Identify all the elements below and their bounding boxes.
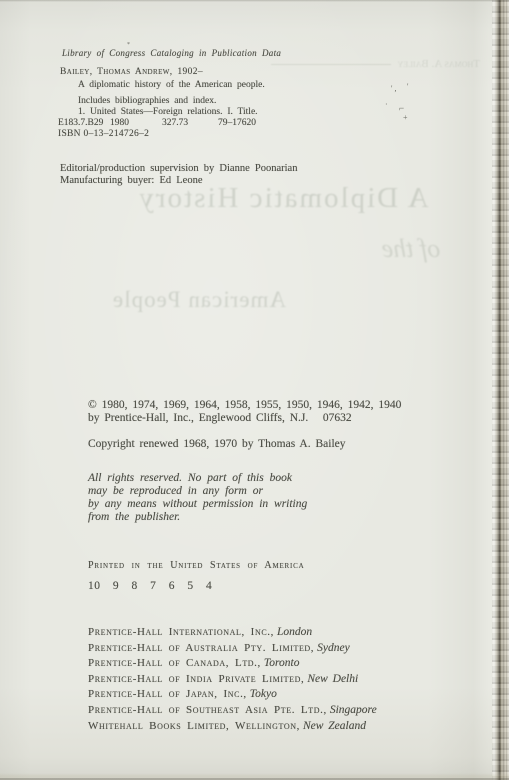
copyright-years-line: © 1980, 1974, 1969, 1964, 1958, 1955, 19… (88, 399, 401, 411)
scanned-book-page: Thomas A. Bailey A Diplomatic History of… (0, 0, 509, 780)
publisher-line: Prentice-Hall of Southeast Asia Pte. Ltd… (88, 704, 377, 716)
rights-notice: All rights reserved. No part of this boo… (88, 472, 307, 524)
ink-speck: * (127, 42, 130, 48)
publisher-line: Prentice-Hall of Japan, Inc.,Tokyo (88, 688, 277, 700)
ink-speck: ˚ (127, 100, 129, 106)
page-edge-bottom (0, 773, 509, 780)
publisher-line: Prentice-Hall of Australia Pty. Limited,… (88, 642, 350, 654)
manufacturing-credit-line: Manufacturing buyer: Ed Leone (60, 175, 203, 186)
showthrough-title-line1: A Diplomatic History (102, 182, 464, 215)
copyright-publisher-line: by Prentice-Hall, Inc., Englewood Cliffs… (88, 412, 352, 424)
rights-line: from the publisher. (88, 511, 307, 524)
publisher-city: London (277, 626, 312, 638)
showthrough-author-text: Thomas A. Bailey (397, 58, 480, 70)
loc-lccn: 79–17620 (218, 118, 256, 128)
loc-cataloging-heading: Library of Congress Cataloging in Public… (62, 48, 281, 58)
loc-note-subjects: 1. United States—Foreign relations. I. T… (78, 107, 258, 117)
publisher-city: Sydney (317, 642, 350, 654)
publisher-city: New Zealand (303, 720, 366, 732)
loc-catalog-numbers: E183.7.B29 1980 327.73 79–17620 (58, 118, 278, 128)
publisher-line: Whitehall Books Limited, Wellington,New … (88, 720, 366, 732)
publisher-city: New Delhi (307, 673, 358, 685)
publisher-city: Singapore (330, 704, 377, 716)
publisher-company: Prentice-Hall of Australia Pty. Limited, (88, 642, 314, 654)
printed-in-usa-line: Printed in the United States of America (88, 560, 304, 571)
publisher-line: Prentice-Hall International, Inc.,London (88, 626, 312, 638)
editorial-credit-line: Editorial/production supervision by Dian… (60, 163, 297, 174)
rights-line: All rights reserved. No part of this boo… (88, 472, 307, 485)
showthrough-title-line2: of the (372, 234, 450, 264)
ink-speck: ' (407, 82, 408, 91)
loc-call-number: E183.7.B29 (58, 118, 103, 128)
ink-speck: · (385, 100, 388, 109)
copyright-renewal-line: Copyright renewed 1968, 1970 by Thomas A… (88, 438, 346, 450)
showthrough-rule (271, 64, 391, 66)
publisher-line: Prentice-Hall of India Private Limited,N… (88, 673, 358, 685)
publisher-city: Tokyo (250, 688, 277, 700)
publisher-line: Prentice-Hall of Canada, Ltd.,Toronto (88, 657, 299, 669)
ink-speck: + (403, 113, 408, 122)
publisher-company: Prentice-Hall of India Private Limited, (88, 673, 304, 685)
loc-year: 1980 (110, 118, 129, 128)
publisher-company: Prentice-Hall International, Inc., (88, 626, 274, 638)
showthrough-title-line3: American People (118, 287, 286, 313)
publisher-company: Whitehall Books Limited, Wellington, (88, 720, 300, 732)
isbn-line: ISBN 0–13–214726–2 (58, 129, 149, 139)
printing-number-line: 10 9 8 7 6 5 4 (88, 580, 212, 592)
page-edge-top (0, 0, 509, 2)
loc-note-bibliographies: Includes bibliographies and index. (78, 96, 216, 106)
publisher-city: Toronto (264, 657, 300, 669)
ink-speck: ' , (391, 84, 396, 93)
page-edge-right (492, 0, 509, 780)
publisher-company: Prentice-Hall of Canada, Ltd., (88, 657, 261, 669)
ink-speck: ⌐ (399, 103, 404, 113)
loc-title-line: A diplomatic history of the American peo… (78, 80, 265, 90)
loc-author-line: Bailey, Thomas Andrew, 1902– (60, 67, 203, 77)
publisher-company: Prentice-Hall of Japan, Inc., (88, 688, 247, 700)
rights-line: by any means without permission in writi… (88, 498, 307, 511)
showthrough-author-header: Thomas A. Bailey (275, 58, 480, 70)
rights-line: may be reproduced in any form or (88, 485, 307, 498)
publisher-company: Prentice-Hall of Southeast Asia Pte. Ltd… (88, 704, 327, 716)
loc-dewey-number: 327.73 (162, 118, 188, 128)
